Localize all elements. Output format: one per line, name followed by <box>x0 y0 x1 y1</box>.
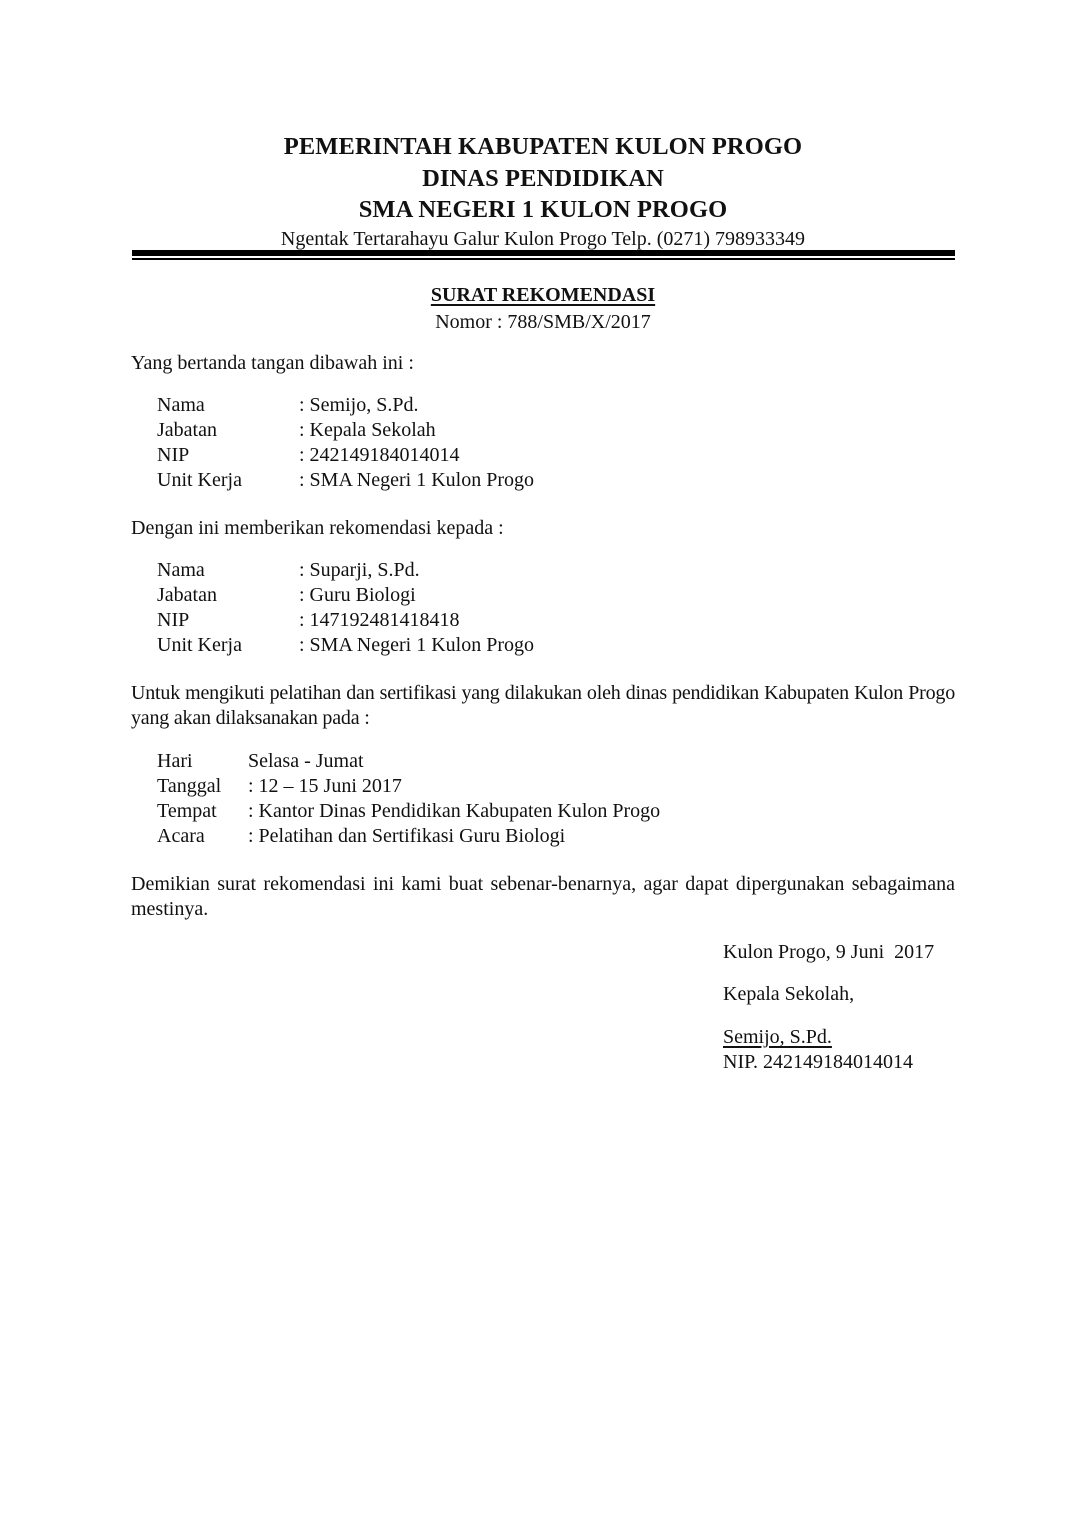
field-value: Selasa - Jumat <box>248 749 364 774</box>
field-label: Nama <box>157 558 205 583</box>
field-value: : Kepala Sekolah <box>299 418 436 443</box>
letterhead-rule-thin <box>132 258 955 260</box>
letterhead-address: Ngentak Tertarahayu Galur Kulon Progo Te… <box>0 227 1086 251</box>
field-label: Acara <box>157 824 205 849</box>
purpose-paragraph: Untuk mengikuti pelatihan dan sertifikas… <box>131 681 955 731</box>
field-value: : SMA Negeri 1 Kulon Progo <box>299 633 534 658</box>
field-value: : SMA Negeri 1 Kulon Progo <box>299 468 534 493</box>
field-label: Hari <box>157 749 193 774</box>
closing-paragraph: Demikian surat rekomendasi ini kami buat… <box>131 872 955 922</box>
recipient-intro: Dengan ini memberikan rekomendasi kepada… <box>131 516 504 541</box>
field-value: : 12 – 15 Juni 2017 <box>248 774 402 799</box>
field-value: : Guru Biologi <box>299 583 416 608</box>
letterhead-department: DINAS PENDIDIKAN <box>0 164 1086 194</box>
field-label: Nama <box>157 393 205 418</box>
field-label: Unit Kerja <box>157 633 242 658</box>
field-label: Jabatan <box>157 583 217 608</box>
letterhead-school: SMA NEGERI 1 KULON PROGO <box>0 195 1086 225</box>
field-label: NIP <box>157 443 189 468</box>
field-value: : 242149184014014 <box>299 443 460 468</box>
letterhead-government: PEMERINTAH KABUPATEN KULON PROGO <box>0 132 1086 162</box>
field-label: Jabatan <box>157 418 217 443</box>
field-value: : Kantor Dinas Pendidikan Kabupaten Kulo… <box>248 799 660 824</box>
field-value: : Suparji, S.Pd. <box>299 558 420 583</box>
signature-name-text: Semijo, S.Pd. <box>723 1026 832 1048</box>
signature-name: Semijo, S.Pd. <box>723 1025 832 1050</box>
field-value: : 147192481418418 <box>299 608 460 633</box>
letter-title: SURAT REKOMENDASI <box>0 283 1086 307</box>
signer-intro: Yang bertanda tangan dibawah ini : <box>131 351 414 376</box>
signature-place-date: Kulon Progo, 9 Juni 2017 <box>723 940 934 965</box>
field-value: : Semijo, S.Pd. <box>299 393 418 418</box>
field-label: Tempat <box>157 799 217 824</box>
letter-title-text: SURAT REKOMENDASI <box>431 284 655 306</box>
field-label: Tanggal <box>157 774 221 799</box>
signature-position: Kepala Sekolah, <box>723 982 854 1007</box>
field-label: Unit Kerja <box>157 468 242 493</box>
field-value: : Pelatihan dan Sertifikasi Guru Biologi <box>248 824 565 849</box>
letterhead-rule-thick <box>132 250 955 256</box>
signature-nip: NIP. 242149184014014 <box>723 1050 913 1075</box>
field-label: NIP <box>157 608 189 633</box>
letter-number: Nomor : 788/SMB/X/2017 <box>0 310 1086 334</box>
